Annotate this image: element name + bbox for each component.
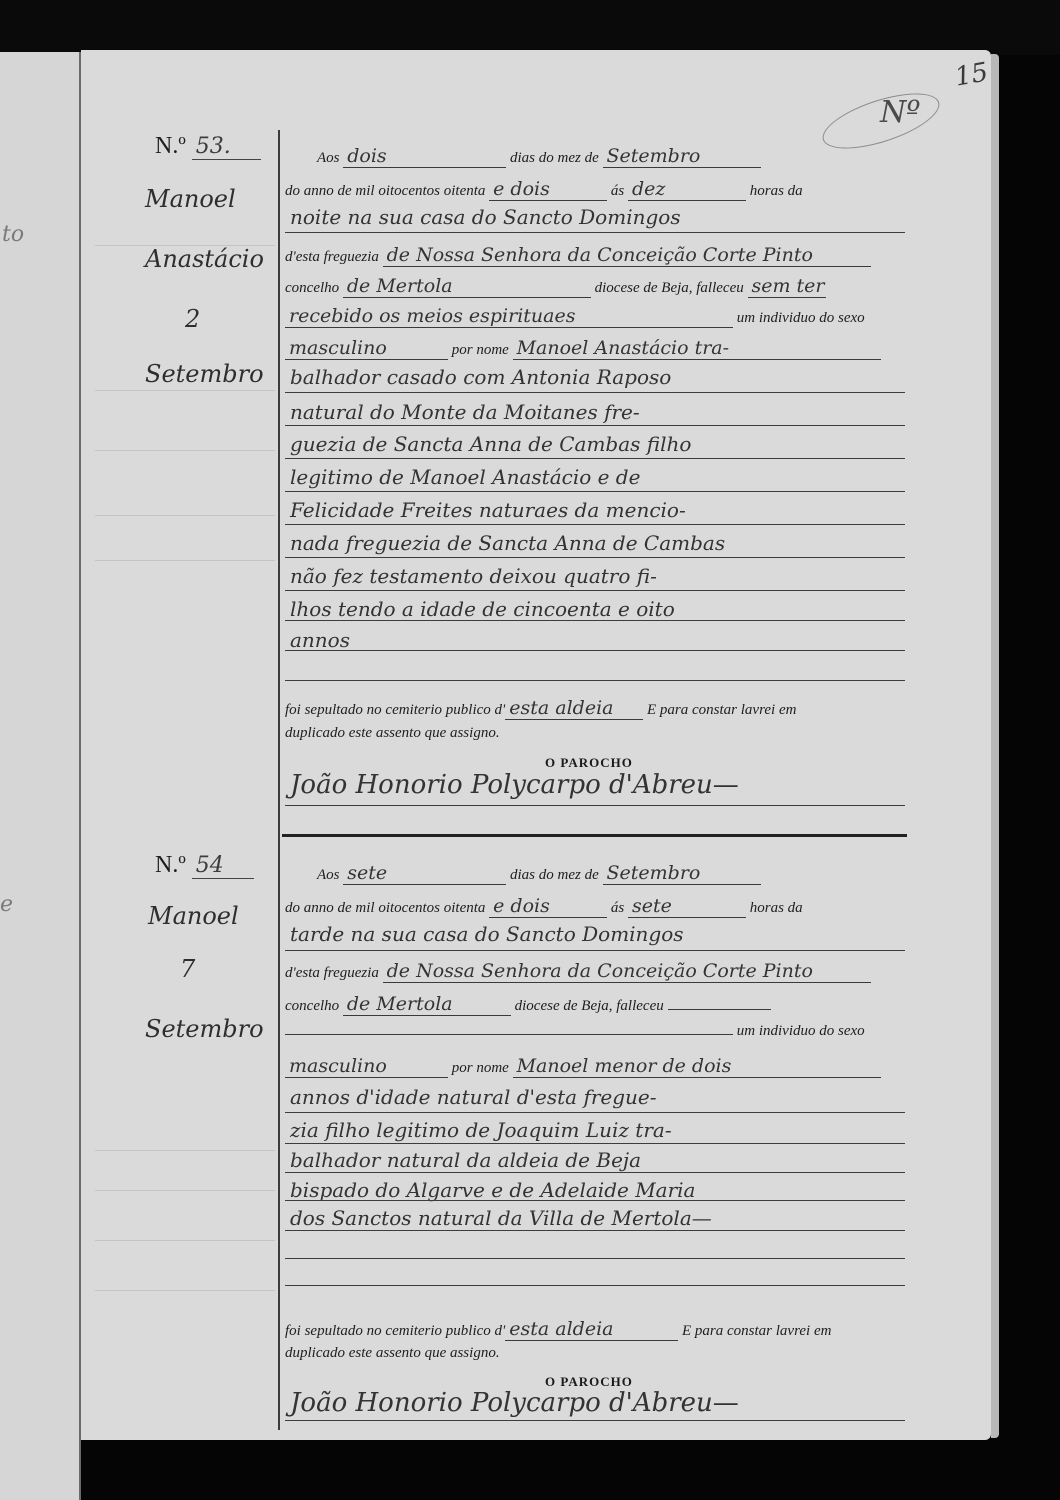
margin-rule — [278, 130, 280, 1430]
field-concelho: de Mertola — [343, 993, 511, 1016]
form-line-nome: masculino por nome Manoel menor de dois — [285, 1055, 905, 1087]
field-freguezia: de Nossa Senhora da Conceição Corte Pint… — [383, 244, 871, 267]
page-edge — [991, 54, 999, 1438]
entry-number: N.º 53. — [155, 133, 261, 160]
form-line-concelho: concelho de Mertola diocese de Beja, fal… — [285, 275, 905, 307]
field-continuation — [285, 1034, 733, 1035]
scan-background-top — [0, 0, 1060, 55]
body-line: legitimo de Manoel Anastácio e de — [290, 465, 640, 489]
body-line: balhador natural da aldeia de Beja — [290, 1148, 641, 1172]
body-line: nada freguezia de Sancta Anna de Cambas — [290, 531, 725, 555]
field-year: e dois — [489, 178, 607, 201]
page-number: 15 — [953, 57, 991, 92]
form-line-duplicado: duplicado este assento que assigno. — [285, 725, 905, 757]
body-line: balhador casado com Antonia Raposo — [290, 365, 671, 389]
field-period: noite na sua casa do Sancto Domingos — [290, 205, 681, 229]
body-line: Felicidade Freites naturaes da mencio- — [290, 498, 686, 522]
entry-number: N.º 54 — [155, 852, 254, 879]
body-line: lhos tendo a idade de cincoenta e oito — [290, 597, 675, 621]
body-line: bispado do Algarve e de Adelaide Maria — [290, 1178, 695, 1202]
body-line: não fez testamento deixou quatro fi- — [290, 564, 657, 588]
body-line: annos d'idade natural d'esta fregue- — [290, 1085, 657, 1109]
field-sexo: masculino — [285, 1055, 448, 1078]
body-line: annos — [290, 628, 350, 652]
signature: João Honorio Polycarpo d'Abreu— — [290, 1388, 739, 1418]
field-continuation: recebido os meios espirituaes — [285, 305, 733, 328]
margin-month: Setembro — [145, 360, 264, 388]
body-line: natural do Monte da Moitanes fre- — [290, 400, 640, 424]
field-cemiterio: esta aldeia — [505, 697, 643, 720]
form-line-date: Aos dois dias do mez de Setembro — [285, 145, 905, 177]
field-day: sete — [343, 862, 506, 885]
field-hour: dez — [628, 178, 746, 201]
margin-month: Setembro — [145, 1015, 264, 1043]
field-falleceu-note — [668, 1009, 771, 1010]
form-line-sexo: recebido os meios espirituaes um individ… — [285, 305, 905, 337]
field-nome: Manoel menor de dois — [513, 1055, 881, 1078]
field-falleceu-note: sem ter — [748, 275, 826, 298]
field-cemiterio: esta aldeia — [505, 1318, 678, 1341]
field-freguezia: de Nossa Senhora da Conceição Corte Pint… — [383, 960, 871, 983]
body-line: guezia de Sancta Anna de Cambas filho — [290, 432, 691, 456]
field-sexo: masculino — [285, 337, 448, 360]
form-line-freguezia: d'esta freguezia de Nossa Senhora da Con… — [285, 960, 905, 992]
field-period: tarde na sua casa do Sancto Domingos — [290, 922, 684, 946]
field-hour: sete — [628, 895, 746, 918]
form-line-concelho: concelho de Mertola diocese de Beja, fal… — [285, 993, 905, 1025]
field-day: dois — [343, 145, 506, 168]
left-page-mark: e — [0, 892, 13, 917]
left-page: to e — [0, 52, 80, 1500]
body-line: zia filho legitimo de Joaquim Luiz tra- — [290, 1118, 672, 1142]
field-concelho: de Mertola — [343, 275, 591, 298]
field-month: Setembro — [603, 862, 761, 885]
body-line: dos Sanctos natural da Villa de Mertola— — [290, 1206, 712, 1230]
signature: João Honorio Polycarpo d'Abreu— — [290, 770, 739, 800]
field-month: Setembro — [603, 145, 761, 168]
parocho-title: O PAROCHO — [545, 755, 633, 771]
form-line-date: Aos sete dias do mez de Setembro — [285, 862, 905, 894]
form-line-sexo: um individuo do sexo — [285, 1023, 905, 1055]
entry-number-value: 54 — [192, 853, 254, 879]
field-year: e dois — [489, 895, 607, 918]
form-line-freguezia: d'esta freguezia de Nossa Senhora da Con… — [285, 244, 905, 276]
margin-day: 7 — [180, 955, 195, 983]
margin-name-last: Anastácio — [145, 245, 264, 273]
entry-number-value: 53. — [192, 134, 261, 160]
left-page-mark: to — [2, 222, 24, 247]
margin-day: 2 — [185, 305, 200, 333]
margin-name-first: Manoel — [148, 902, 239, 930]
field-nome: Manoel Anastácio tra- — [513, 337, 881, 360]
folio-mark: Nº — [880, 95, 920, 130]
entry-divider — [282, 834, 907, 837]
form-line-duplicado: duplicado este assento que assigno. — [285, 1345, 905, 1377]
margin-name-first: Manoel — [145, 185, 236, 213]
